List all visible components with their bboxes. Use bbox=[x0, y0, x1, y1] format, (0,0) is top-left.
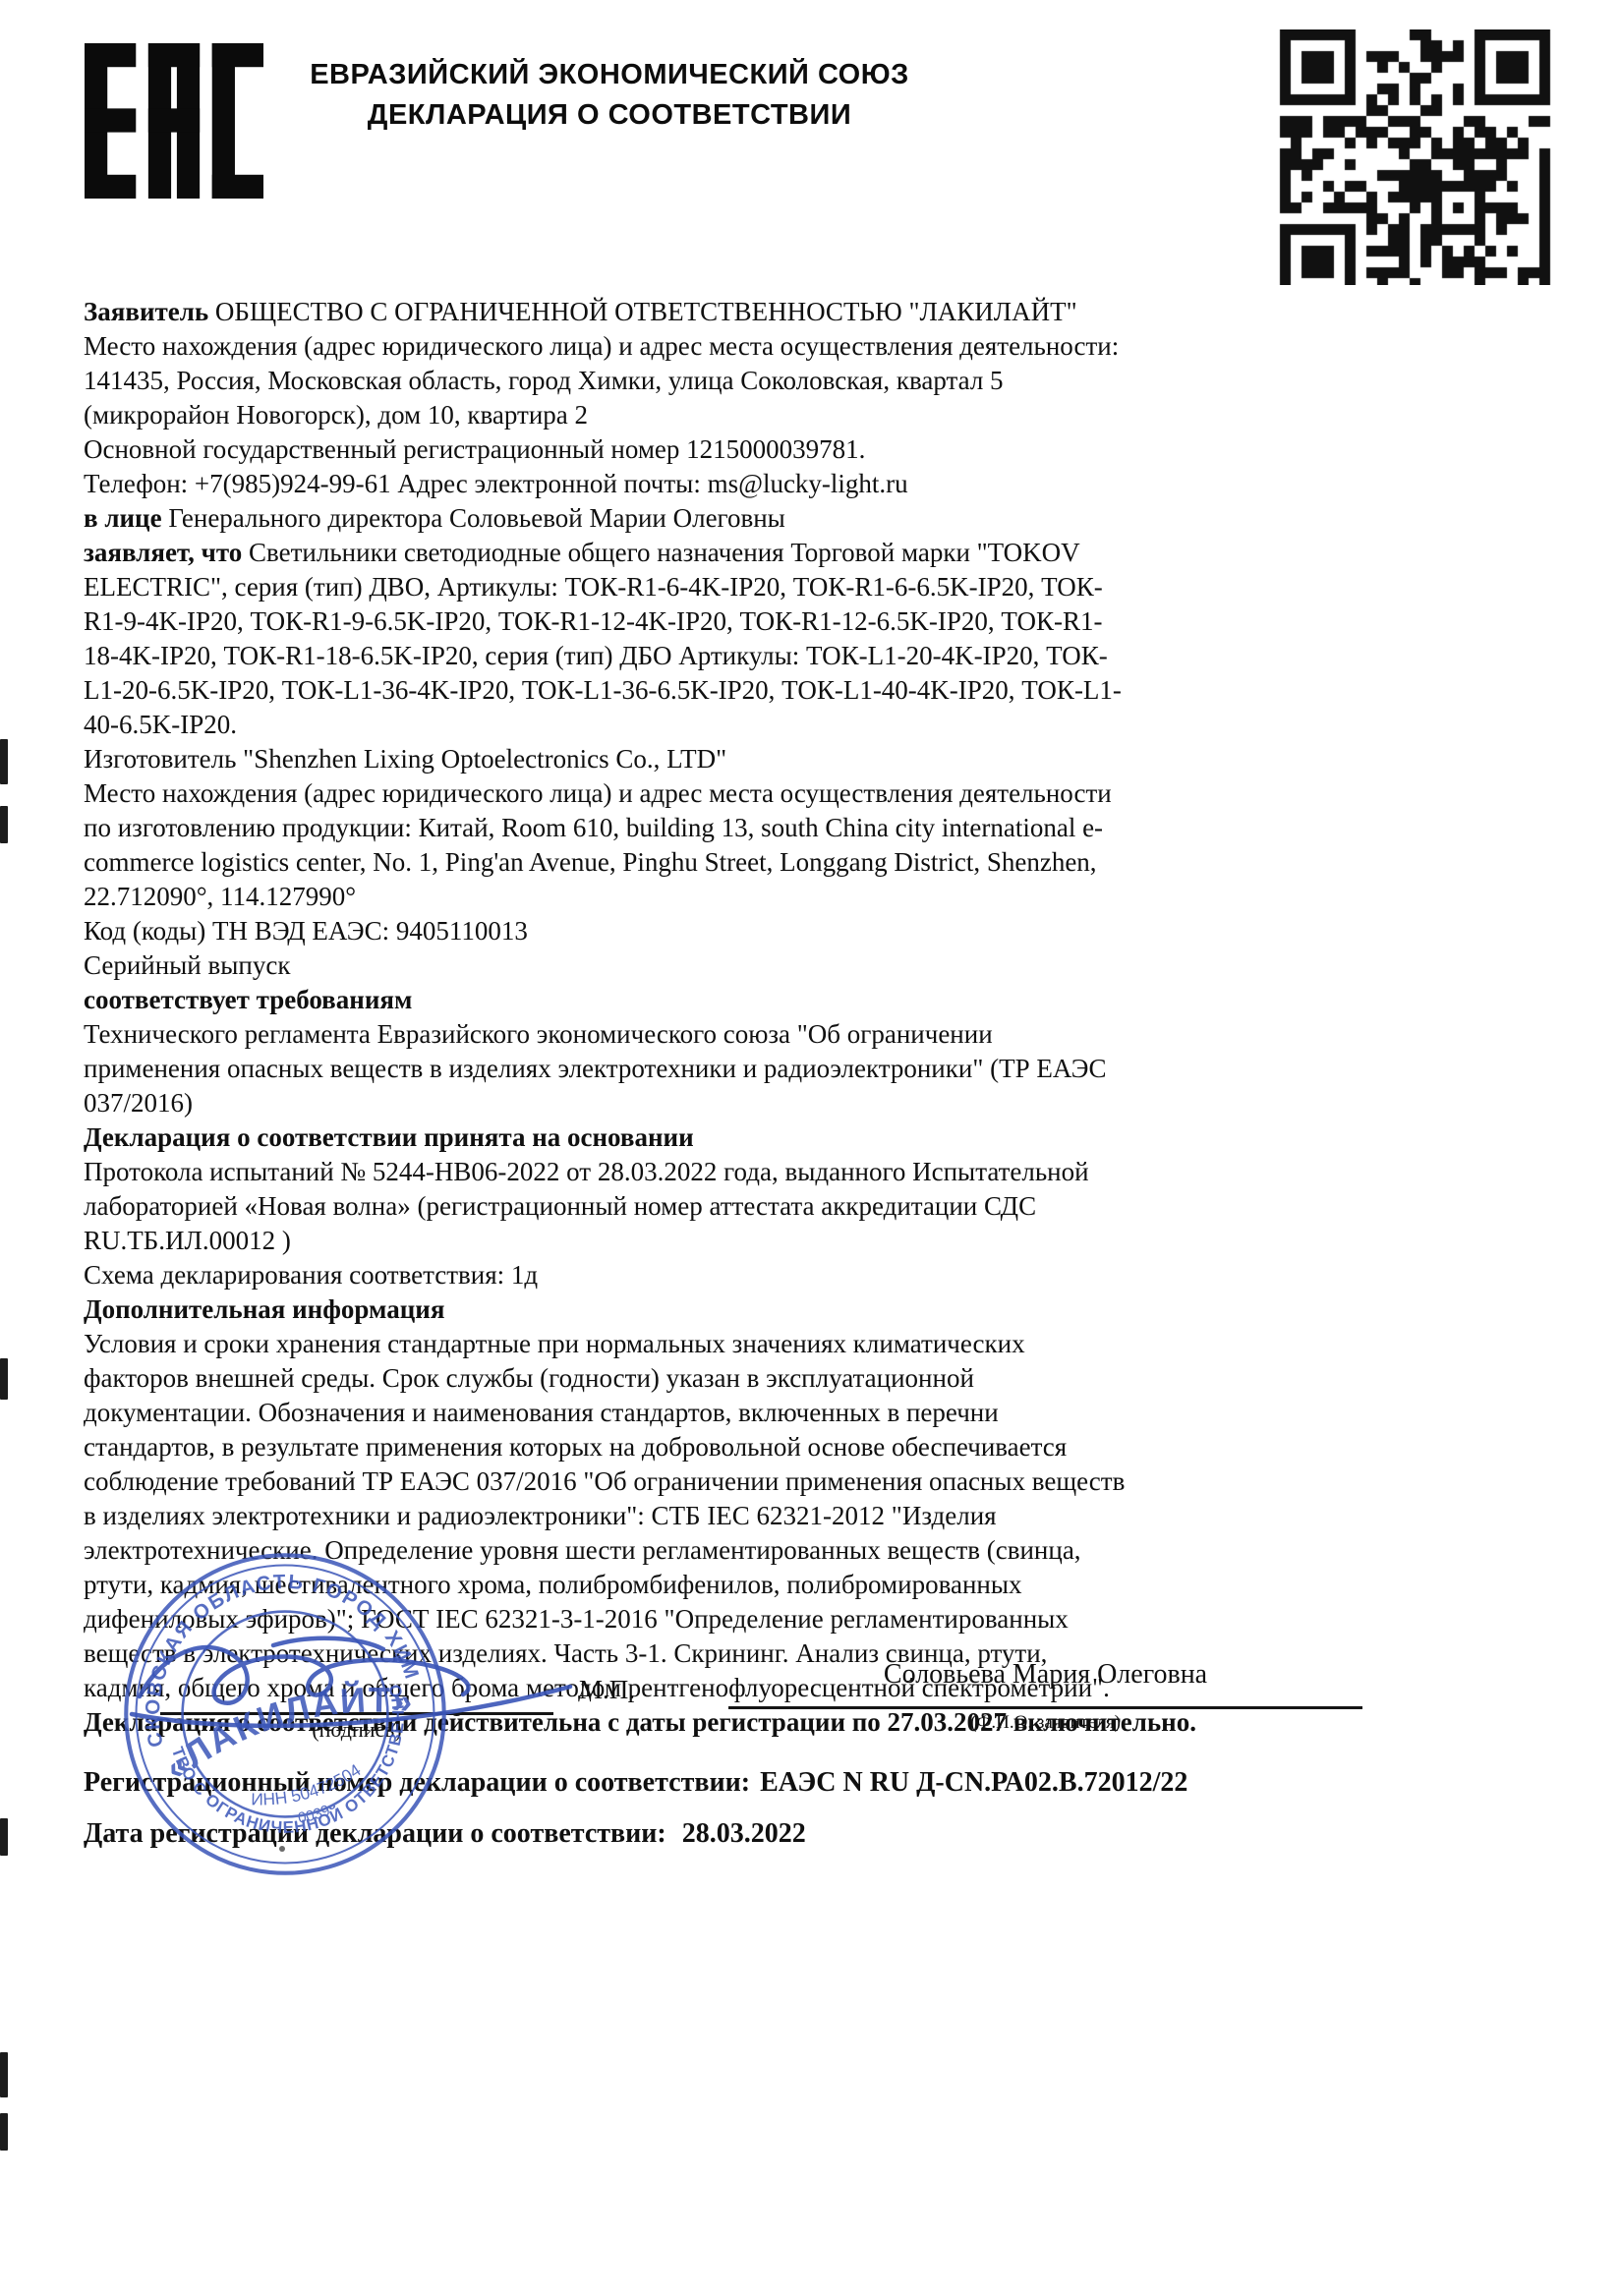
signature-caption: (подпись) bbox=[160, 1717, 553, 1743]
paragraph-representative: в лице Генерального директора Соловьевой… bbox=[84, 501, 1128, 536]
scan-artifact bbox=[0, 2052, 8, 2097]
heading-complies-with: соответствует требованиям bbox=[84, 983, 1128, 1017]
stamp-place-label: М.П. bbox=[579, 1659, 635, 1743]
paragraph-test-protocol: Протокола испытаний № 5244-НВ06-2022 от … bbox=[84, 1155, 1128, 1258]
paragraph-contacts: Телефон: +7(985)924-99-61 Адрес электрон… bbox=[84, 467, 1128, 501]
paragraph-manufacturer-address: Место нахождения (адрес юридического лиц… bbox=[84, 776, 1128, 914]
paragraph-applicant-address: Место нахождения (адрес юридического лиц… bbox=[84, 329, 1128, 432]
registration-date-value: 28.03.2022 bbox=[682, 1818, 806, 1849]
signee-field: Соловьева Мария Олеговна (Ф.И.О. заявите… bbox=[728, 1659, 1362, 1743]
paragraph-tnved-code: Код (коды) ТН ВЭД ЕАЭС: 9405110013 bbox=[84, 914, 1128, 948]
registration-section: Регистрационный номер декларации о соотв… bbox=[84, 1767, 1538, 1850]
paragraph-ogrn: Основной государственный регистрационный… bbox=[84, 432, 1128, 467]
paragraph-serial-production: Серийный выпуск bbox=[84, 948, 1128, 983]
qr-code bbox=[1278, 29, 1551, 285]
scan-dot-artifact bbox=[279, 1846, 285, 1852]
signee-name: Соловьева Мария Олеговна bbox=[728, 1659, 1362, 1691]
signature-field: (подпись) bbox=[160, 1659, 553, 1743]
paragraph-regulation: Технического регламента Евразийского эко… bbox=[84, 1017, 1128, 1120]
declaration-document: ЕВРАЗИЙСКИЙ ЭКОНОМИЧЕСКИЙ СОЮЗ ДЕКЛАРАЦИ… bbox=[0, 0, 1620, 2296]
registration-date-line: Дата регистрации декларации о соответств… bbox=[84, 1818, 1538, 1850]
paragraph-applicant: Заявитель ОБЩЕСТВО С ОГРАНИЧЕННОЙ ОТВЕТС… bbox=[84, 295, 1128, 329]
declaration-body: Заявитель ОБЩЕСТВО С ОГРАНИЧЕННОЙ ОТВЕТС… bbox=[84, 295, 1128, 1740]
paragraph-products: заявляет, что Светильники светодиодные о… bbox=[84, 536, 1128, 742]
signee-line bbox=[728, 1706, 1362, 1709]
scan-artifact bbox=[0, 1818, 8, 1856]
registration-number-value: ЕАЭС N RU Д-CN.РА02.В.72012/22 bbox=[760, 1767, 1187, 1798]
registration-number-line: Регистрационный номер декларации о соотв… bbox=[84, 1767, 1538, 1799]
heading-additional-info: Дополнительная информация bbox=[84, 1292, 1128, 1327]
signature-line bbox=[160, 1712, 553, 1715]
scan-artifact bbox=[0, 1358, 8, 1400]
signature-section: (подпись) М.П. Соловьева Мария Олеговна … bbox=[84, 1659, 1538, 1743]
title-line-declaration: ДЕКЛАРАЦИЯ О СООТВЕТСТВИИ bbox=[246, 95, 973, 136]
eac-logo bbox=[85, 43, 263, 199]
paragraph-manufacturer: Изготовитель "Shenzhen Lixing Optoelectr… bbox=[84, 742, 1128, 776]
title-line-union: ЕВРАЗИЙСКИЙ ЭКОНОМИЧЕСКИЙ СОЮЗ bbox=[246, 55, 973, 95]
signee-caption: (Ф.И.О. заявителя) bbox=[728, 1712, 1362, 1734]
scan-artifact bbox=[0, 806, 8, 843]
scan-artifact bbox=[0, 2113, 8, 2151]
paragraph-additional-info: Условия и сроки хранения стандартные при… bbox=[84, 1327, 1128, 1705]
scan-artifact bbox=[0, 739, 8, 784]
paragraph-declaration-scheme: Схема декларирования соответствия: 1д bbox=[84, 1258, 1128, 1292]
heading-declaration-basis: Декларация о соответствии принята на осн… bbox=[84, 1120, 1128, 1155]
document-title: ЕВРАЗИЙСКИЙ ЭКОНОМИЧЕСКИЙ СОЮЗ ДЕКЛАРАЦИ… bbox=[246, 55, 973, 136]
